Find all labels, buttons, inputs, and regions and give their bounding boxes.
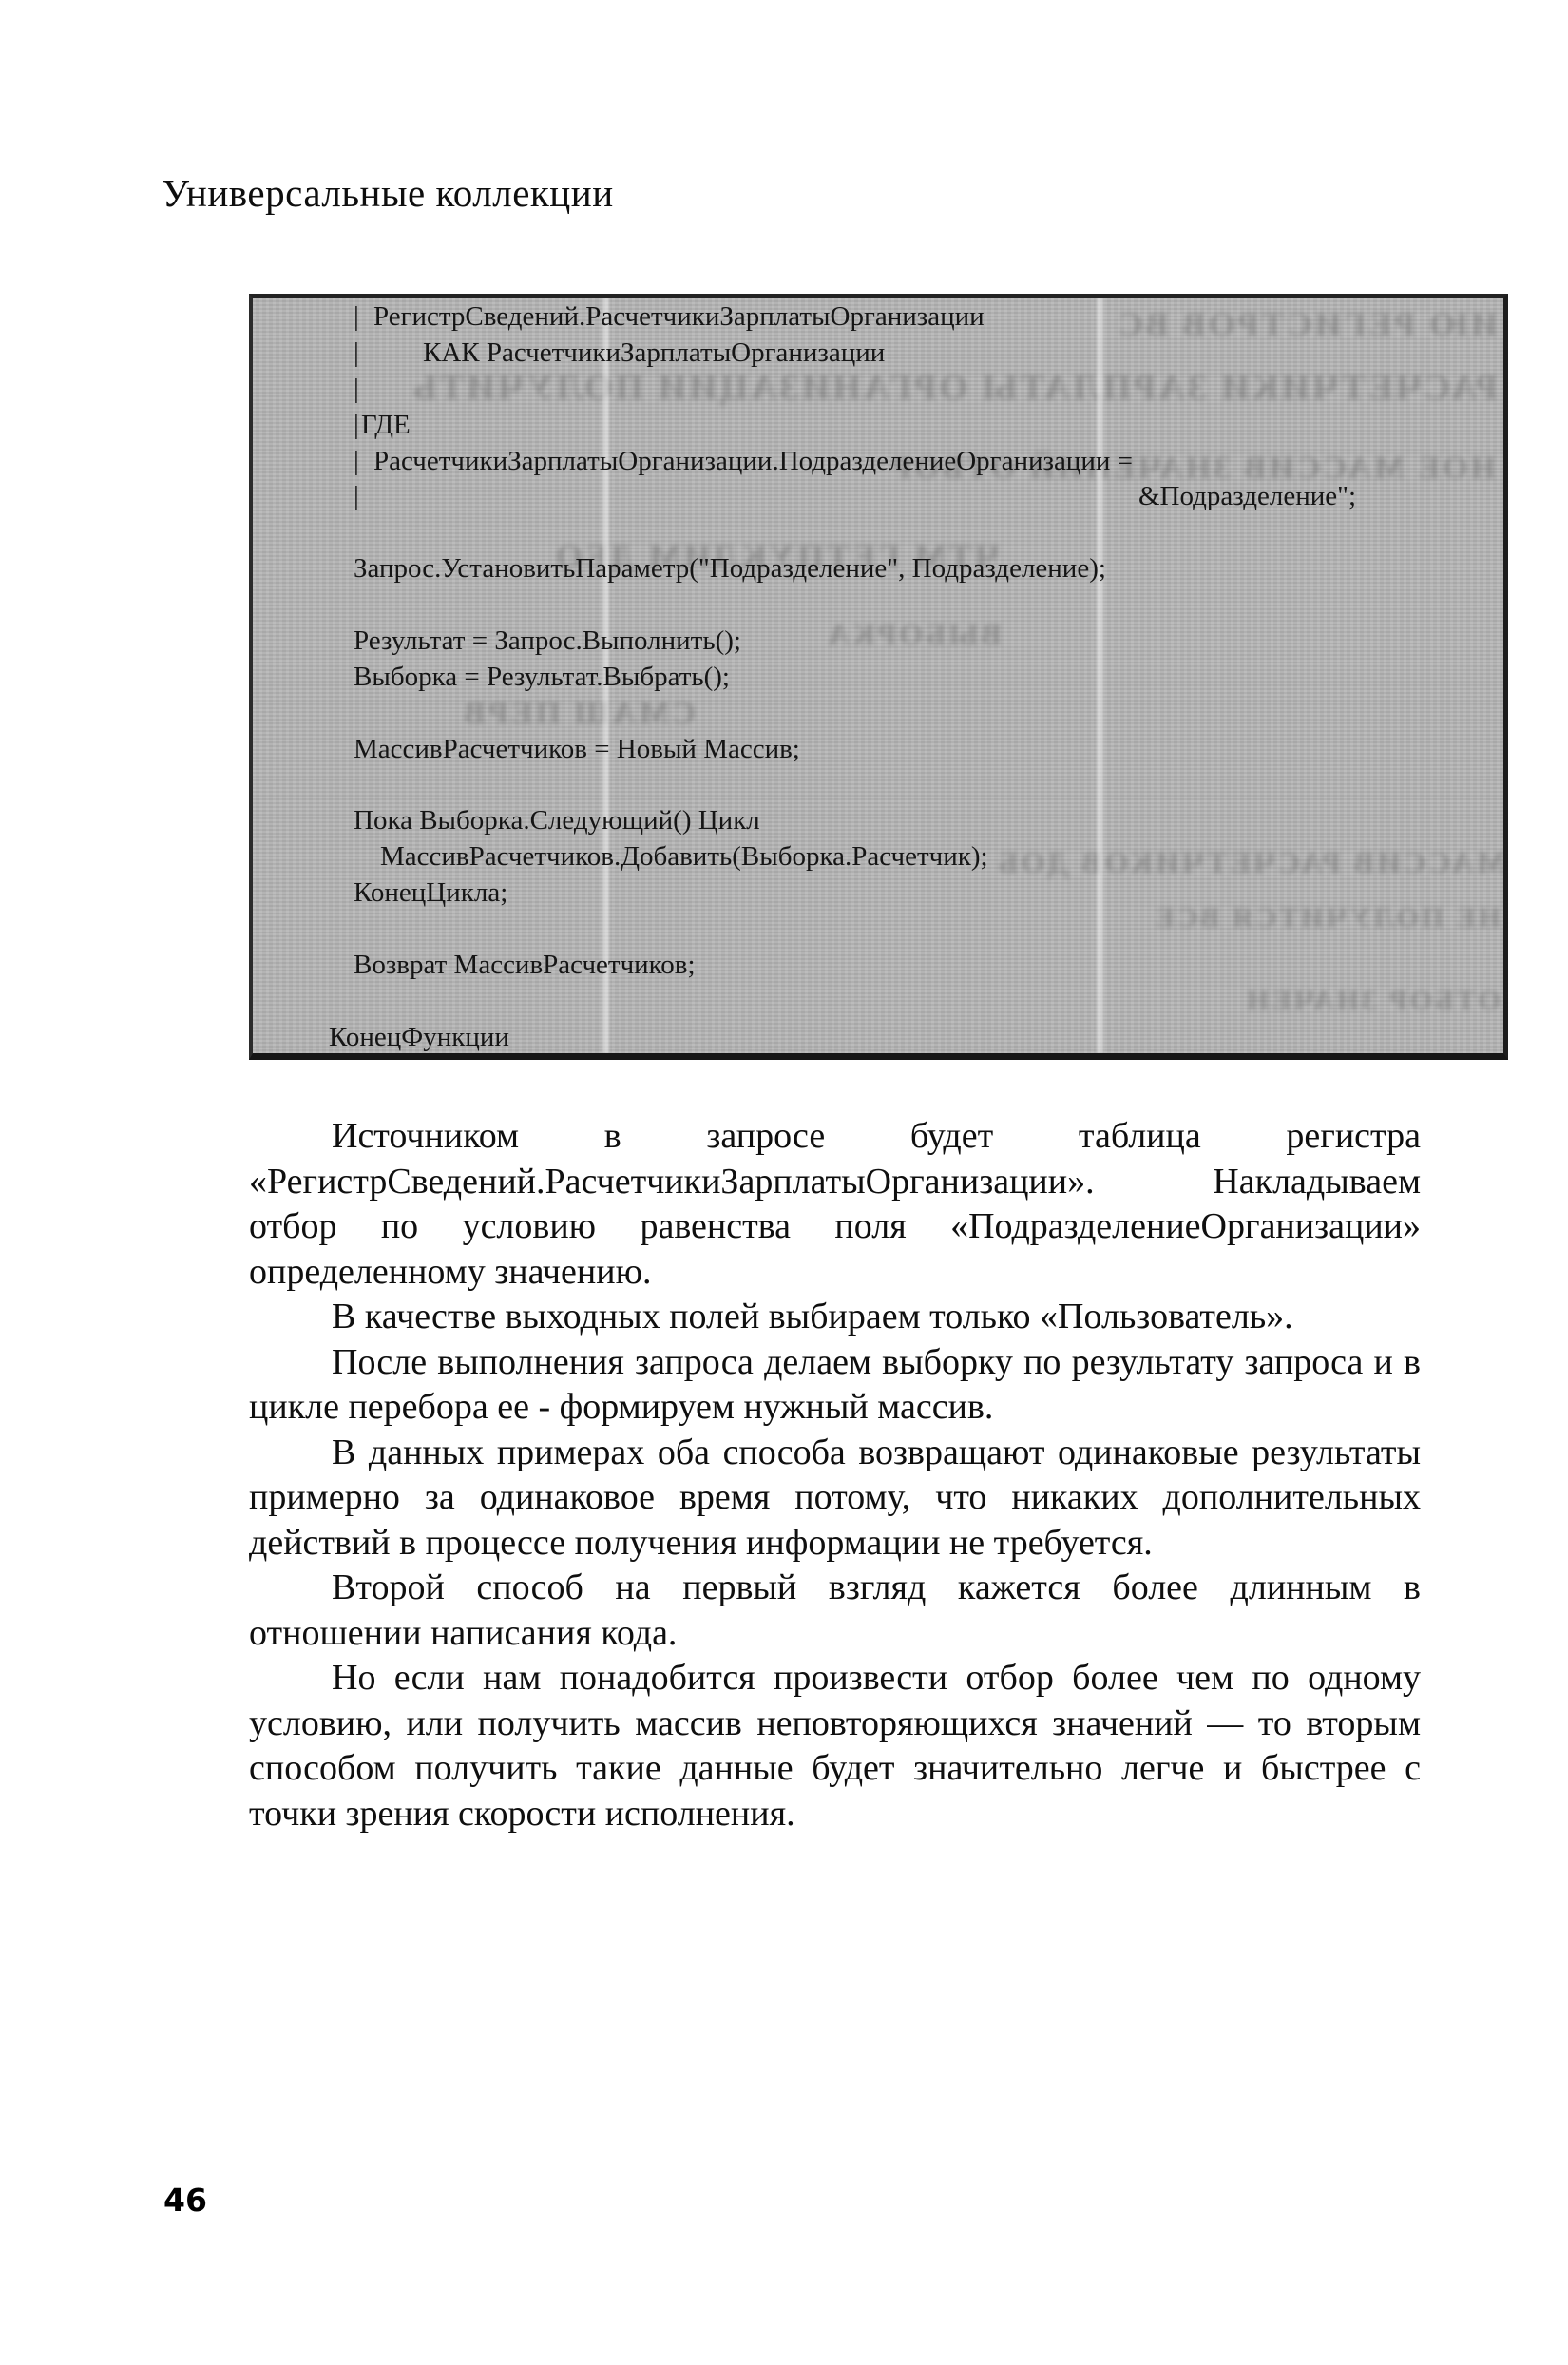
code-text: КонецФункции xyxy=(329,1020,509,1056)
body-line: способом получить такие данные будет зна… xyxy=(249,1746,1421,1792)
code-pipe-glyph: | xyxy=(354,444,359,480)
body-line: действий в процессе получения информации… xyxy=(249,1521,1421,1567)
body-paragraph: Источником в запросе будет таблица регис… xyxy=(249,1114,1421,1295)
body-paragraph: Второй способ на первый взгляд кажется б… xyxy=(249,1566,1421,1656)
body-paragraph: Но если нам понадобится произвести отбор… xyxy=(249,1656,1421,1836)
code-text: Пока Выборка.Следующий() Цикл xyxy=(354,803,760,839)
page-number: 46 xyxy=(163,2182,207,2219)
body-line: отбор по условию равенства поля «Подразд… xyxy=(249,1204,1421,1250)
code-text: Запрос.УстановитьПараметр("Подразделение… xyxy=(354,551,1106,587)
code-pipe-glyph: | xyxy=(354,479,359,515)
code-line: МассивРасчетчиков.Добавить(Выборка.Расче… xyxy=(253,839,1503,875)
code-text: РегистрСведений.РасчетчикиЗарплатыОргани… xyxy=(373,299,985,336)
code-line xyxy=(253,587,1503,624)
code-line xyxy=(253,984,1503,1020)
code-text: ГДЕ xyxy=(361,408,411,444)
code-text: Возврат МассивРасчетчиков; xyxy=(354,948,696,984)
code-text: РасчетчикиЗарплатыОрганизации.Подразделе… xyxy=(373,444,1133,480)
body-line: В данных примерах оба способа возвращают… xyxy=(249,1431,1421,1476)
code-pipe-glyph: | xyxy=(354,299,359,336)
code-line: |РасчетчикиЗарплатыОрганизации.Подраздел… xyxy=(253,444,1503,480)
code-text: МассивРасчетчиков.Добавить(Выборка.Расче… xyxy=(380,839,988,875)
code-lines: |РегистрСведений.РасчетчикиЗарплатыОрган… xyxy=(253,299,1503,1056)
body-line: Второй способ на первый взгляд кажется б… xyxy=(249,1566,1421,1611)
page-header: Универсальные коллекции xyxy=(162,172,614,214)
body-line: примерно за одинаковое время потому, что… xyxy=(249,1475,1421,1521)
code-line: |ГДЕ xyxy=(253,408,1503,444)
body-line: отношении написания кода. xyxy=(249,1611,1421,1657)
code-line xyxy=(253,696,1503,732)
code-line: Запрос.УстановитьПараметр("Подразделение… xyxy=(253,551,1503,587)
code-line: Результат = Запрос.Выполнить(); xyxy=(253,624,1503,660)
code-line: Пока Выборка.Следующий() Цикл xyxy=(253,803,1503,839)
code-line: | xyxy=(253,372,1503,408)
code-line: |РегистрСведений.РасчетчикиЗарплатыОрган… xyxy=(253,299,1503,336)
code-line: Выборка = Результат.Выбрать(); xyxy=(253,660,1503,696)
code-text: &Подразделение"; xyxy=(1138,479,1356,515)
code-text: Результат = Запрос.Выполнить(); xyxy=(354,624,741,660)
code-pipe-glyph: | xyxy=(354,408,359,444)
code-line xyxy=(253,912,1503,948)
code-line xyxy=(253,768,1503,804)
body-line: «РегистрСведений.РасчетчикиЗарплатыОрган… xyxy=(249,1160,1421,1205)
code-line: |КАК РасчетчикиЗарплатыОрганизации xyxy=(253,336,1503,372)
body-line: В качестве выходных полей выбираем тольк… xyxy=(249,1295,1421,1340)
code-pipe-glyph: | xyxy=(354,336,359,372)
body-line: точки зрения скорости исполнения. xyxy=(249,1792,1421,1837)
body-line: После выполнения запроса делаем выборку … xyxy=(249,1340,1421,1386)
body-text: Источником в запросе будет таблица регис… xyxy=(249,1114,1421,1836)
code-line xyxy=(253,515,1503,551)
body-line: Источником в запросе будет таблица регис… xyxy=(249,1114,1421,1160)
code-line: МассивРасчетчиков = Новый Массив; xyxy=(253,732,1503,768)
code-pipe-glyph: | xyxy=(354,372,359,408)
code-listing: ИЮ РЕГИСТРОВ ВСРАСЧЕТЧИКИ ЗАРПЛАТЫ ОРГАН… xyxy=(249,294,1508,1060)
body-paragraph: В качестве выходных полей выбираем тольк… xyxy=(249,1295,1421,1340)
body-line: определенному значению. xyxy=(249,1250,1421,1296)
code-line: КонецЦикла; xyxy=(253,875,1503,912)
body-paragraph: После выполнения запроса делаем выборку … xyxy=(249,1340,1421,1431)
code-line: Возврат МассивРасчетчиков; xyxy=(253,948,1503,984)
code-line: КонецФункции xyxy=(253,1020,1503,1056)
code-line: |&Подразделение"; xyxy=(253,479,1503,515)
code-text: МассивРасчетчиков = Новый Массив; xyxy=(354,732,800,768)
book-page: Универсальные коллекции ИЮ РЕГИСТРОВ ВСР… xyxy=(0,0,1568,2365)
body-line: условию, или получить массив неповторяющ… xyxy=(249,1702,1421,1747)
body-paragraph: В данных примерах оба способа возвращают… xyxy=(249,1431,1421,1567)
code-text: КАК РасчетчикиЗарплатыОрганизации xyxy=(423,336,885,372)
code-text: Выборка = Результат.Выбрать(); xyxy=(354,660,730,696)
code-text: КонецЦикла; xyxy=(354,875,507,912)
body-line: Но если нам понадобится произвести отбор… xyxy=(249,1656,1421,1702)
body-line: цикле перебора ее - формируем нужный мас… xyxy=(249,1385,1421,1431)
